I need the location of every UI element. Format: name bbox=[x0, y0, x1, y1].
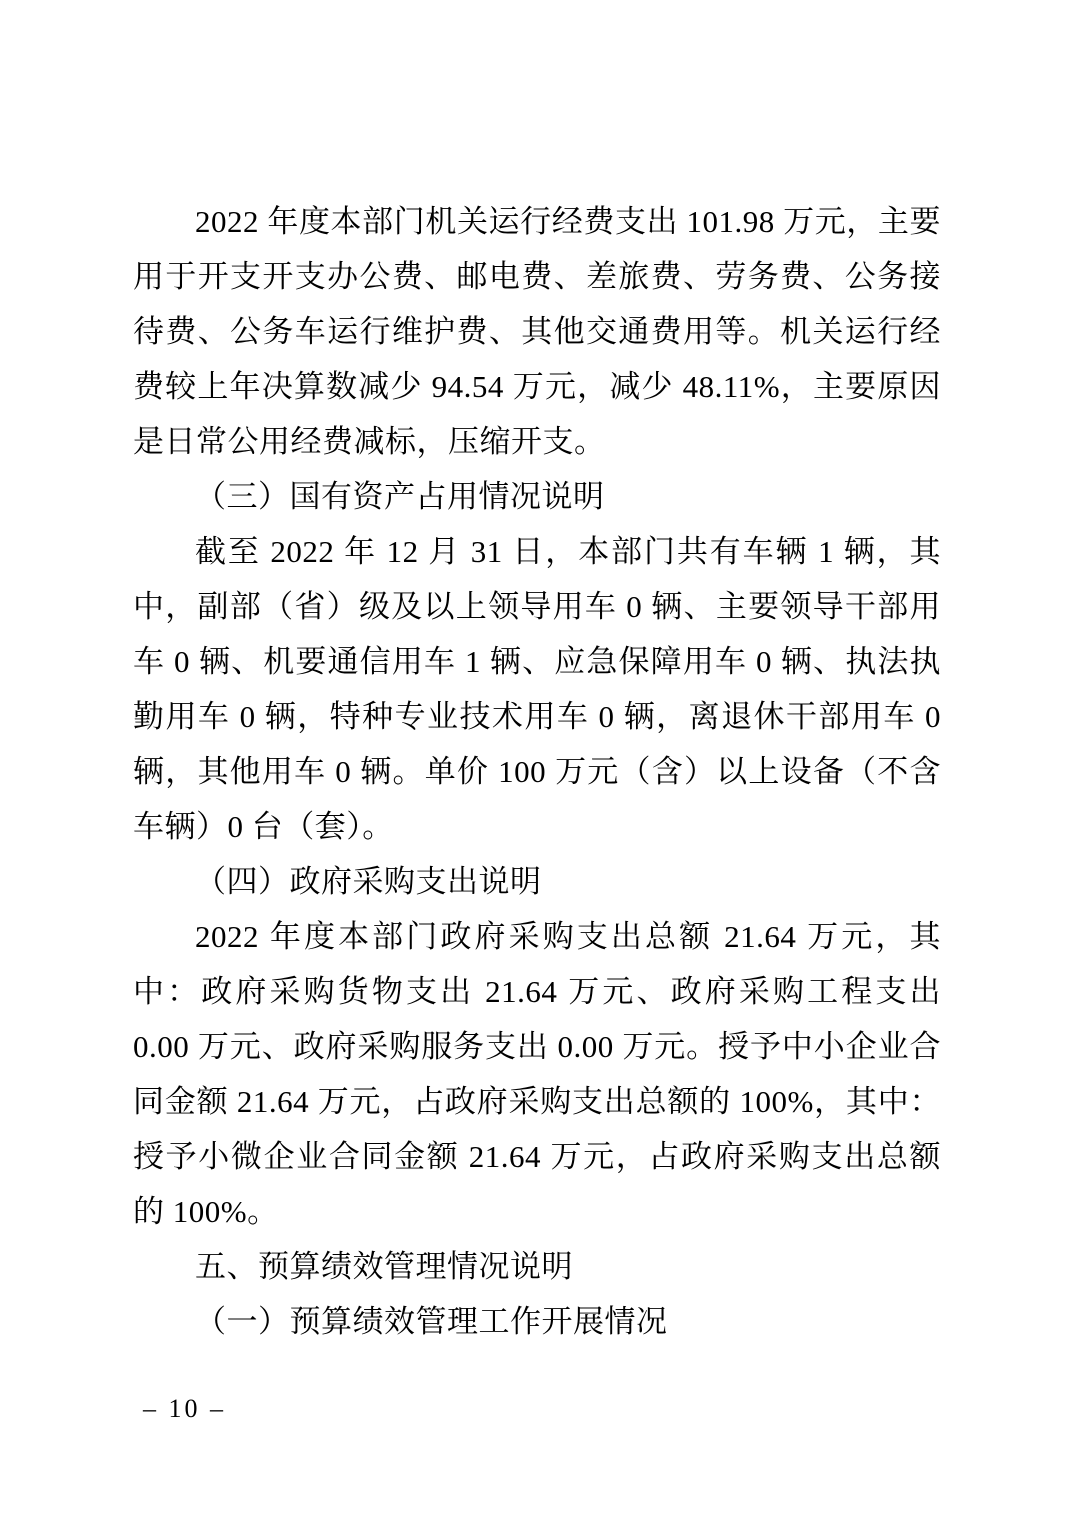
document-page: 2022 年度本部门机关运行经费支出 101.98 万元，主要用于开支开支办公费… bbox=[0, 0, 1074, 1520]
paragraph-vehicle-assets: 截至 2022 年 12 月 31 日，本部门共有车辆 1 辆，其中，副部（省）… bbox=[133, 524, 941, 854]
paragraph-operating-expense: 2022 年度本部门机关运行经费支出 101.98 万元，主要用于开支开支办公费… bbox=[133, 194, 941, 469]
heading-section-5-1-performance-work: （一）预算绩效管理工作开展情况 bbox=[133, 1294, 941, 1349]
document-text-block: 2022 年度本部门机关运行经费支出 101.98 万元，主要用于开支开支办公费… bbox=[133, 194, 941, 1349]
heading-section-5-performance: 五、预算绩效管理情况说明 bbox=[133, 1239, 941, 1294]
heading-section-4-procurement: （四）政府采购支出说明 bbox=[133, 854, 941, 909]
paragraph-procurement-detail: 2022 年度本部门政府采购支出总额 21.64 万元，其中：政府采购货物支出 … bbox=[133, 909, 941, 1239]
page-number: – 10 – bbox=[143, 1392, 226, 1426]
heading-section-3-state-assets: （三）国有资产占用情况说明 bbox=[133, 469, 941, 524]
